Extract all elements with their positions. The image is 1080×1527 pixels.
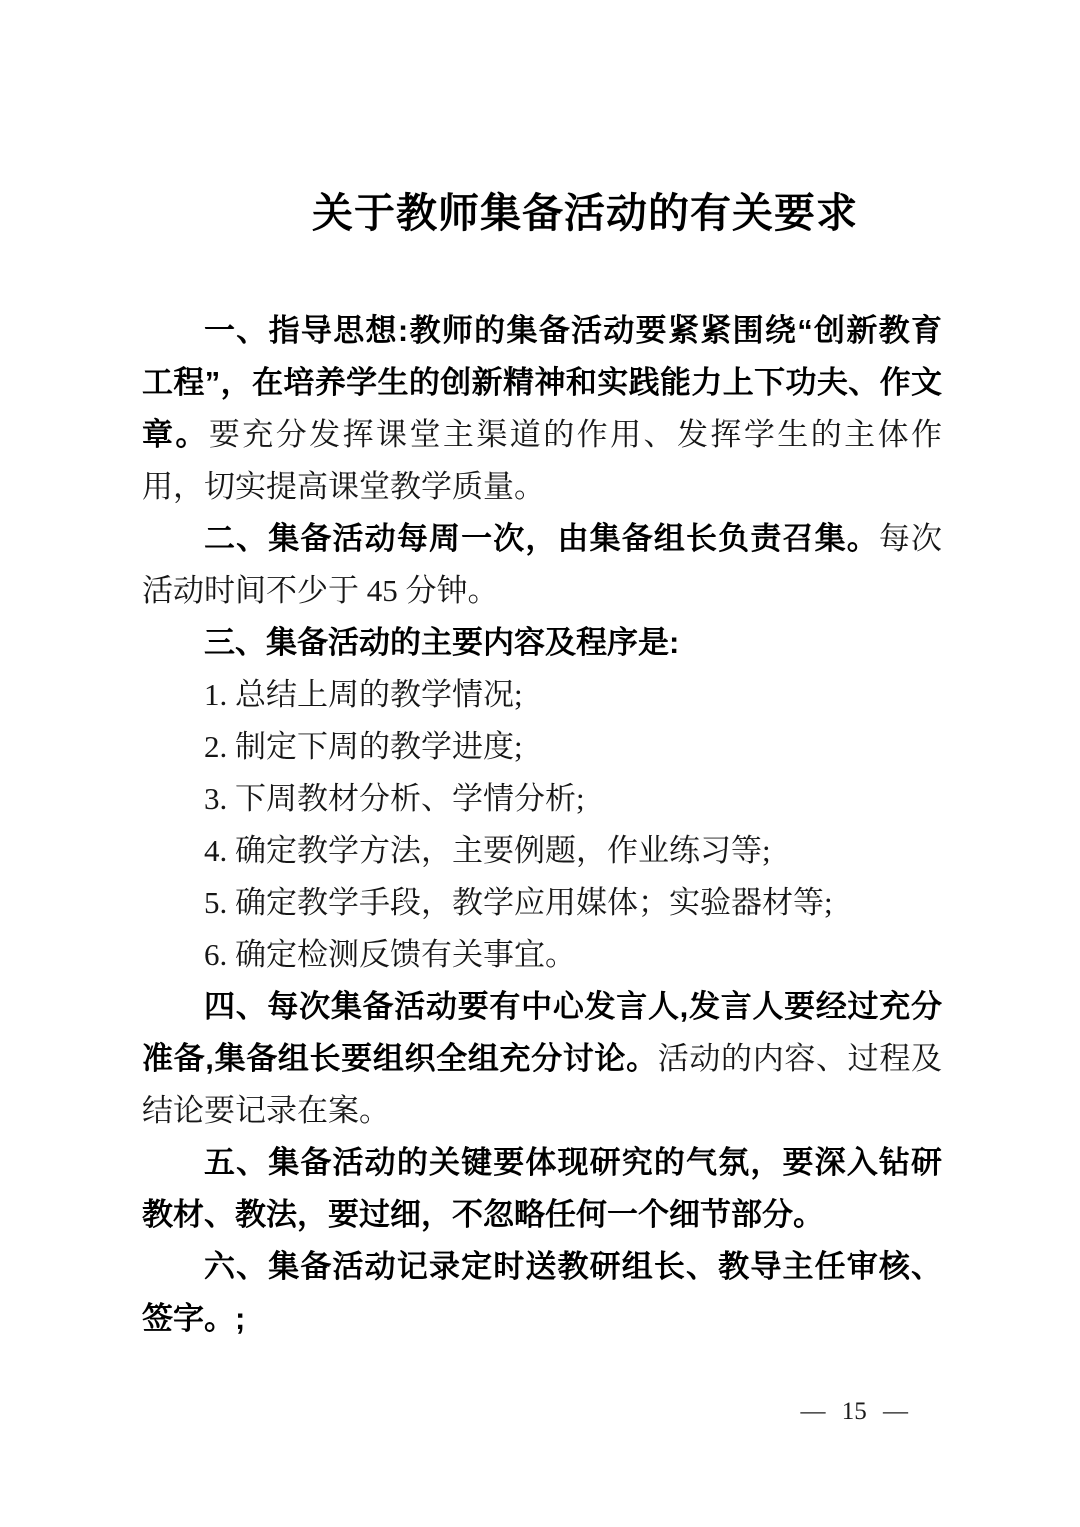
- text-run-bold: 三、集备活动的主要内容及程序是:: [204, 625, 679, 660]
- list-item-4: 4. 确定教学方法，主要例题，作业练习等;: [142, 825, 942, 877]
- list-item-3: 3. 下周教材分析、学情分析;: [142, 773, 942, 825]
- text-run-regular: 1. 总结上周的教学情况;: [204, 677, 523, 712]
- text-run-regular: 6. 确定检测反馈有关事宜。: [204, 937, 576, 972]
- paragraph-weekly-meeting: 二、集备活动每周一次，由集备组长负责召集。每次活动时间不少于 45 分钟。: [142, 513, 942, 617]
- list-item-6: 6. 确定检测反馈有关事宜。: [142, 929, 942, 981]
- paragraph-contents-heading: 三、集备活动的主要内容及程序是:: [142, 617, 942, 669]
- text-run-regular: 4. 确定教学方法，主要例题，作业练习等;: [204, 833, 771, 868]
- text-run-bold: 二、集备活动每周一次，由集备组长负责召集。: [204, 521, 879, 556]
- paragraph-research-atmosphere: 五、集备活动的关键要体现研究的气氛，要深入钻研教材、教法，要过细，不忽略任何一个…: [142, 1137, 942, 1241]
- list-item-5: 5. 确定教学手段，教学应用媒体；实验器材等;: [142, 877, 942, 929]
- document-page: 关于教师集备活动的有关要求 一、指导思想:教师的集备活动要紧紧围绕“创新教育工程…: [0, 0, 1080, 1527]
- page-number: — 15 —: [801, 1398, 909, 1426]
- text-run-bold: 五、集备活动的关键要体现研究的气氛，要深入钻研教材、教法，要过细，不忽略任何一个…: [142, 1145, 942, 1232]
- paragraph-record-review: 六、集备活动记录定时送教研组长、教导主任审核、签字。;: [142, 1241, 942, 1345]
- text-run-bold: 六、集备活动记录定时送教研组长、教导主任审核、签字。;: [142, 1249, 942, 1336]
- list-item-1: 1. 总结上周的教学情况;: [142, 669, 942, 721]
- list-item-2: 2. 制定下周的教学进度;: [142, 721, 942, 773]
- document-body: 一、指导思想:教师的集备活动要紧紧围绕“创新教育工程”，在培养学生的创新精神和实…: [142, 305, 942, 1345]
- text-run-regular: 2. 制定下周的教学进度;: [204, 729, 523, 764]
- paragraph-central-speaker: 四、每次集备活动要有中心发言人,发言人要经过充分准备,集备组长要组织全组充分讨论…: [142, 981, 942, 1137]
- text-run-regular: 3. 下周教材分析、学情分析;: [204, 781, 585, 816]
- page-title: 关于教师集备活动的有关要求: [45, 0, 1080, 241]
- text-run-regular: 要充分发挥课堂主渠道的作用、发挥学生的主体作用，切实提高课堂教学质量。: [142, 417, 942, 504]
- paragraph-guiding-ideology: 一、指导思想:教师的集备活动要紧紧围绕“创新教育工程”，在培养学生的创新精神和实…: [142, 305, 942, 513]
- text-run-regular: 5. 确定教学手段，教学应用媒体；实验器材等;: [204, 885, 833, 920]
